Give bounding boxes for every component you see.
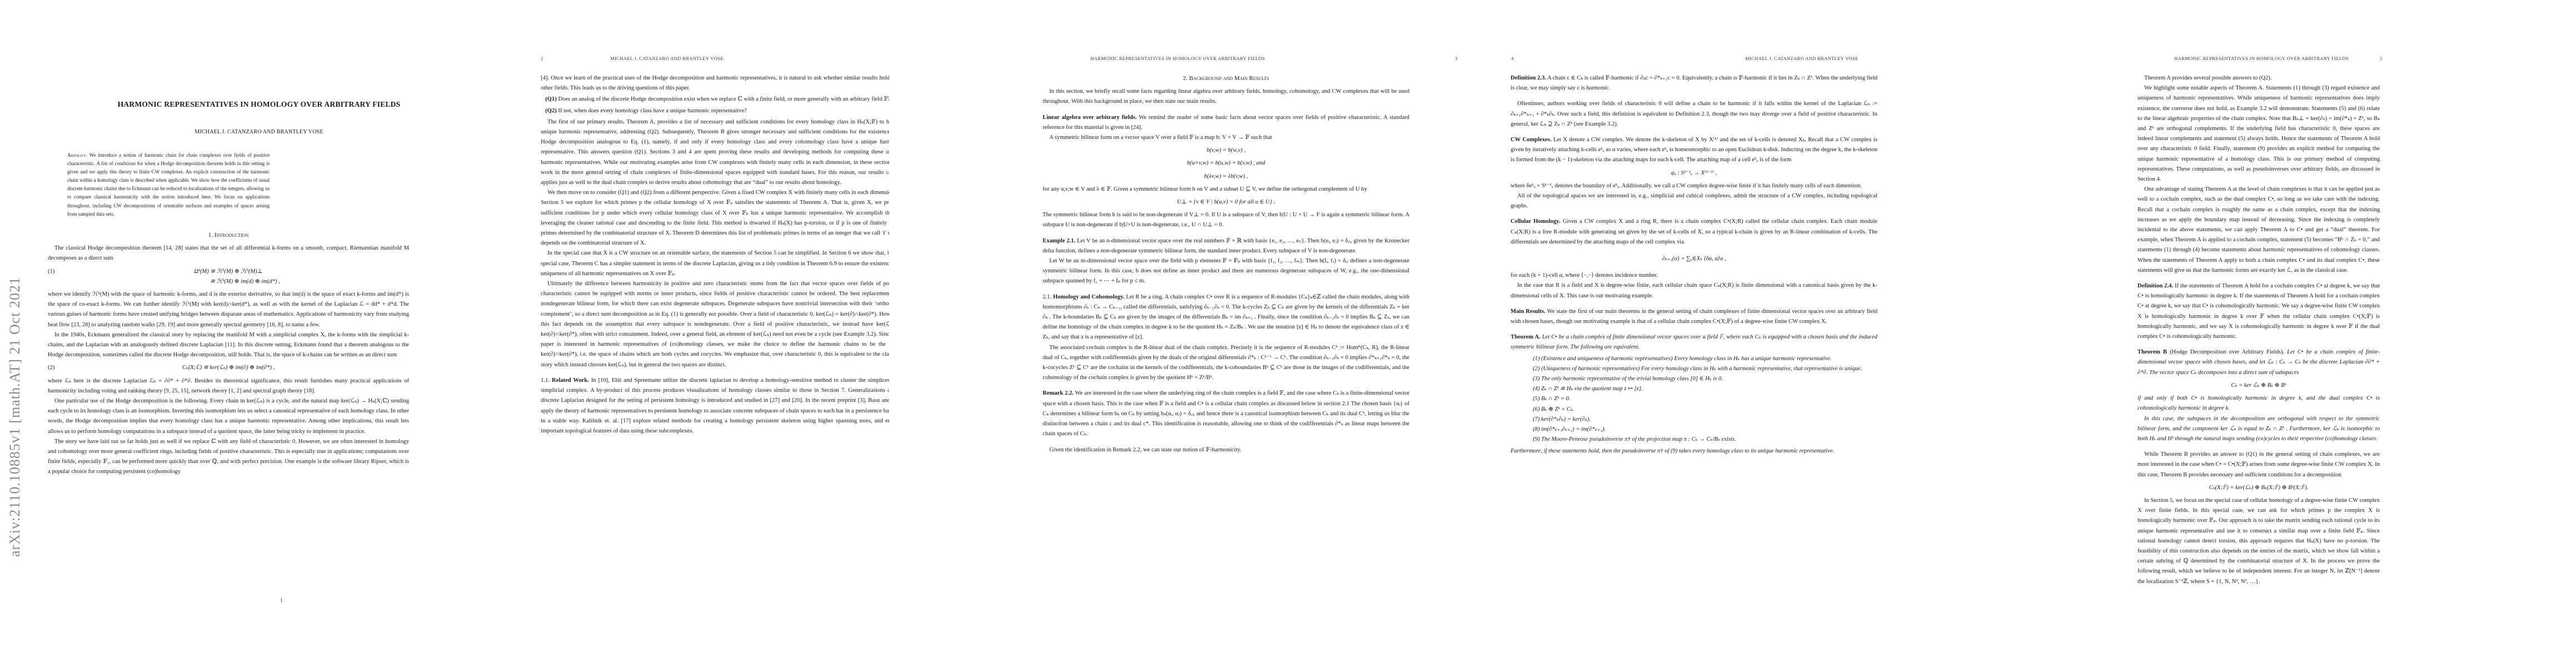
- paragraph: We highlight some notable aspects of The…: [2137, 83, 2380, 185]
- paragraph: Theorem A provides several possible answ…: [2137, 73, 2380, 83]
- paragraph: We then move on to consider (Q1) and (Q2…: [541, 188, 902, 248]
- related-work: 1.1. Related Work. In [10], Ebli and Spr…: [541, 376, 902, 436]
- page-number: 2: [541, 56, 543, 61]
- example-title: Example 2.1.: [1043, 238, 1075, 244]
- remark: Remark 2.2. We are interested in the cas…: [1043, 389, 1409, 439]
- paragraph-heading: Main Results.: [1511, 308, 1546, 315]
- list-item: (1) (Existence and uniqueness of harmoni…: [1533, 354, 1877, 364]
- definition: Definition 2.4. If the statements of The…: [2137, 281, 2380, 342]
- abstract-label: Abstract.: [67, 152, 87, 158]
- definition: Definition 2.3. A chain c ∈ Cₖ is called…: [1511, 73, 1877, 93]
- example-text: Let V be an n-dimensional vector space o…: [1043, 238, 1409, 254]
- page-5: HARMONIC REPRESENTATIVES IN HOMOLOGY OVE…: [2061, 0, 2576, 667]
- paragraph: where we identify ℋᵏ(M) with the space o…: [48, 290, 409, 330]
- subsection-number: 2.1.: [1043, 294, 1052, 300]
- theorem-subtitle: (Hodge Decomposition over Arbitrary Fiel…: [2170, 349, 2284, 355]
- paragraph: In Section 5, we focus on the special ca…: [2137, 496, 2380, 587]
- paragraph: One advantage of stating Theorem A at th…: [2137, 185, 2380, 276]
- paragraph: Let W be an m-dimensional vector space o…: [1043, 256, 1409, 287]
- definition-title: Definition 2.3.: [1511, 75, 1546, 81]
- paragraph: Main Results. We state the first of our …: [1511, 307, 1877, 327]
- section-heading: 1. Introduction: [48, 230, 409, 240]
- page-number: 3: [1455, 56, 1457, 61]
- abstract-text: We introduce a notion of harmonic chain …: [67, 152, 270, 217]
- paragraph: Furthermore, if these statements hold, t…: [1511, 446, 1877, 456]
- list-item: (2) (Uniqueness of harmonic representati…: [1533, 364, 1877, 374]
- arxiv-stamp-text: arXiv:2110.10885v1 [math.AT] 21 Oct 2021: [7, 277, 23, 557]
- subsection-title: Homology and Cohomology.: [1053, 294, 1124, 300]
- theorem-a: Theorem A. Let C• be a chain complex of …: [1511, 332, 1877, 352]
- paragraph: In the special case that X is a CW struc…: [541, 248, 902, 279]
- page-2: 2 MICHAEL J. CATANZARO AND BRANTLEY VOSE…: [445, 0, 960, 667]
- equation-2: (2) Cₖ(X;ℂ) ≅ ker(ℒₖ) ⊕ im(∂) ⊕ im(∂*) ,: [48, 363, 409, 373]
- list-item: (8) im(∂*ₖ₊₁∂ₖ₊₁) = im(∂*ₖ₊₁).: [1533, 425, 1877, 435]
- equation: Cₖ(X;𝔽) = ker(ℒₖ) ⊕ Bₖ(X;𝔽) ⊕ Bᵏ(X;𝔽).: [2137, 483, 2380, 493]
- paragraph: The associated cochain complex is the R-…: [1043, 343, 1409, 384]
- page-5-body: Theorem A provides several possible answ…: [2137, 73, 2380, 587]
- equation: b(u+v,w) = b(u,w) + b(v,w) , and: [1043, 158, 1409, 168]
- paragraph-heading: Cellular Homology.: [1511, 218, 1561, 225]
- equation: ∂ₖ₊₁(α) = ∑ₐ∈Xₖ ⟨δα, a⟩a ,: [1511, 254, 1877, 264]
- theorem-title: Theorem B: [2137, 349, 2167, 355]
- paragraph: Given the identification in Remark 2.2, …: [1043, 445, 1409, 455]
- paragraph: The story we have laid out so far holds …: [48, 437, 409, 477]
- theorem-b: Theorem B (Hodge Decomposition over Arbi…: [2137, 347, 2380, 378]
- equation: Cₖ = ker ℒₖ ⊕ Bₖ ⊕ Bᵏ: [2137, 381, 2380, 391]
- paragraph-text: Given a CW complex X and a ring R, there…: [1511, 218, 1877, 245]
- paragraph: Oftentimes, authors working over fields …: [1511, 99, 1877, 130]
- paragraph: In the case that R is a field and X is d…: [1511, 281, 1877, 301]
- paragraph: where δeᵏₐ = Sᵏ⁻¹ₐ denotes the boundary …: [1511, 181, 1877, 191]
- paragraph: Ultimately the difference between harmon…: [541, 279, 902, 370]
- abstract: Abstract. We introduce a notion of harmo…: [67, 151, 270, 218]
- list-item: (6) Bₖ ⊕ Zᵏ = Cₖ.: [1533, 405, 1877, 415]
- paragraph: While Theorem B provides an answer to (Q…: [2137, 450, 2380, 480]
- page-4-body: Definition 2.3. A chain c ∈ Cₖ is called…: [1511, 73, 1877, 456]
- page-4: 4 MICHAEL J. CATANZARO AND BRANTLEY VOSE…: [1512, 0, 2027, 667]
- subsection-number: 1.1.: [541, 377, 550, 384]
- remark-title: Remark 2.2.: [1043, 390, 1074, 396]
- list-item: (4) Zₖ ∩ Zᵏ ≅ Hₖ via the quotient map z …: [1533, 384, 1877, 394]
- definition-title: Definition 2.4.: [2137, 283, 2173, 289]
- subsection: 2.1. Homology and Cohomology. Let R be a…: [1043, 292, 1409, 343]
- paragraph: The first of our primary results, Theore…: [541, 117, 902, 188]
- paragraph: The symmetric bilinear form b is said to…: [1043, 210, 1409, 230]
- list-item: (9) The Moore-Penrose pseudoinverse π† o…: [1533, 435, 1877, 445]
- running-head: HARMONIC REPRESENTATIVES IN HOMOLOGY OVE…: [2174, 56, 2349, 61]
- subsection-title: Related Work.: [552, 377, 589, 384]
- page-2-body: [4]. Once we learn of the practical uses…: [541, 73, 902, 436]
- paragraph-text: We state the first of our main theorems …: [1511, 308, 1877, 325]
- subsection-text: Let R be a ring. A chain complex C• over…: [1043, 294, 1409, 341]
- equation: b(v,w) = b(w,v) ,: [1043, 146, 1409, 156]
- equation-line: ≅ ℋᵏ(M) ⊕ im(d) ⊕ im(d*) ,: [48, 277, 409, 287]
- paragraph: for any u,v,w ∈ V and λ ∈ 𝔽. Given a sym…: [1043, 185, 1409, 195]
- question-label: (Q1): [545, 96, 557, 102]
- page-number: 5: [2380, 56, 2382, 61]
- paragraph: CW Complexes. Let X denote a CW complex.…: [1511, 135, 1877, 166]
- equation-1: (1) Ωᵏ(M) ≅ ℋᵏ(M) ⊕ ℋᵏ(M)⊥ ≅ ℋᵏ(M) ⊕ im(…: [48, 267, 409, 287]
- example: Example 2.1. Let V be an n-dimensional v…: [1043, 236, 1409, 256]
- page-3: HARMONIC REPRESENTATIVES IN HOMOLOGY OVE…: [889, 0, 1404, 667]
- list-item: (5) Bₖ ∩ Zᵏ = 0.: [1533, 394, 1877, 404]
- page-1-body: 1. Introduction The classical Hodge deco…: [48, 222, 409, 477]
- section-heading: 2. Background and Main Results: [1043, 73, 1409, 83]
- definition-text: A chain c ∈ Cₖ is called 𝔽-harmonic if ∂…: [1511, 75, 1877, 91]
- equation: φₐ : Sᵏ⁻¹ₐ → X⁽ᵏ⁻¹⁾ ,: [1511, 168, 1877, 178]
- subsection-text: In [10], Ebli and Spreemann utilize the …: [541, 377, 902, 434]
- paragraph: for each (k + 1)-cell α, where ⟨−,−⟩ den…: [1511, 271, 1877, 281]
- paragraph: if and only if both C• is homologically …: [2137, 394, 2380, 414]
- running-head: HARMONIC REPRESENTATIVES IN HOMOLOGY OVE…: [1090, 56, 1265, 61]
- equation-line: Cₖ(X;ℂ) ≅ ker(ℒₖ) ⊕ im(∂) ⊕ im(∂*) ,: [182, 365, 275, 371]
- theorem-text: Let C• be a chain complex of finite dime…: [1511, 334, 1877, 350]
- paragraph: A symmetric bilinear form on a vector sp…: [1043, 133, 1409, 143]
- paragraph-heading: Linear algebra over arbitrary fields.: [1043, 115, 1137, 121]
- paper-title: HARMONIC REPRESENTATIVES IN HOMOLOGY OVE…: [48, 100, 470, 109]
- paragraph: In the 1940s, Eckmann generalized the cl…: [48, 330, 409, 361]
- question-q2: (Q2) If not, when does every homology cl…: [541, 106, 902, 116]
- list-item: (7) ker(∂*ₖ∂ₖ) = ker(∂ₖ).: [1533, 415, 1877, 425]
- theorem-title: Theorem A.: [1511, 334, 1541, 340]
- theorem-a-list: (1) (Existence and uniqueness of harmoni…: [1511, 354, 1877, 445]
- definition-text: If the statements of Theorem A hold for …: [2137, 283, 2380, 340]
- equation-number: (1): [48, 267, 54, 277]
- paragraph: where ℒₖ here is the discrete Laplacian …: [48, 376, 409, 396]
- page-number: 4: [1511, 56, 1513, 61]
- equation-number: (2): [48, 363, 54, 373]
- page-1: arXiv:2110.10885v1 [math.AT] 21 Oct 2021…: [0, 0, 515, 667]
- paragraph-heading: CW Complexes.: [1511, 137, 1551, 143]
- paragraph: One particular use of the Hodge decompos…: [48, 396, 409, 437]
- paragraph: Cellular Homology. Given a CW complex X …: [1511, 217, 1877, 247]
- paragraph: All of the topological spaces we are int…: [1511, 191, 1877, 211]
- paragraph: Linear algebra over arbitrary fields. We…: [1043, 113, 1409, 133]
- running-head: MICHAEL J. CATANZARO AND BRANTLEY VOSE: [610, 56, 724, 61]
- remark-text: We are interested in the case where the …: [1043, 390, 1409, 437]
- question-text: If not, when does every homology class h…: [558, 108, 746, 114]
- equation: U⊥ = {v ∈ V | b(u,v) = 0 for all u ∈ U} …: [1043, 197, 1409, 207]
- question-text: Does an analog of the discrete Hodge dec…: [558, 96, 890, 102]
- paper-authors: MICHAEL J. CATANZARO AND BRANTLEY VOSE: [48, 129, 470, 135]
- paragraph: [4]. Once we learn of the practical uses…: [541, 73, 902, 93]
- question-q1: (Q1) Does an analog of the discrete Hodg…: [541, 94, 902, 104]
- paragraph: The classical Hodge decomposition theore…: [48, 243, 409, 263]
- equation: b(λv,w) = λb(v,w) ,: [1043, 172, 1409, 182]
- paragraph: In this section, we briefly recall some …: [1043, 87, 1409, 107]
- list-item: (3) The only harmonic representative of …: [1533, 374, 1877, 384]
- arxiv-stamp[interactable]: arXiv:2110.10885v1 [math.AT] 21 Oct 2021: [7, 189, 23, 645]
- page-3-body: 2. Background and Main Results In this s…: [1043, 72, 1409, 455]
- question-label: (Q2): [545, 108, 557, 114]
- equation-line: Ωᵏ(M) ≅ ℋᵏ(M) ⊕ ℋᵏ(M)⊥: [48, 267, 409, 277]
- paragraph-text: Let X denote a CW complex. We denote the…: [1511, 137, 1877, 163]
- paragraph: In this case, the subspaces in the decom…: [2137, 414, 2380, 445]
- running-head: MICHAEL J. CATANZARO AND BRANTLEY VOSE: [1745, 56, 1858, 61]
